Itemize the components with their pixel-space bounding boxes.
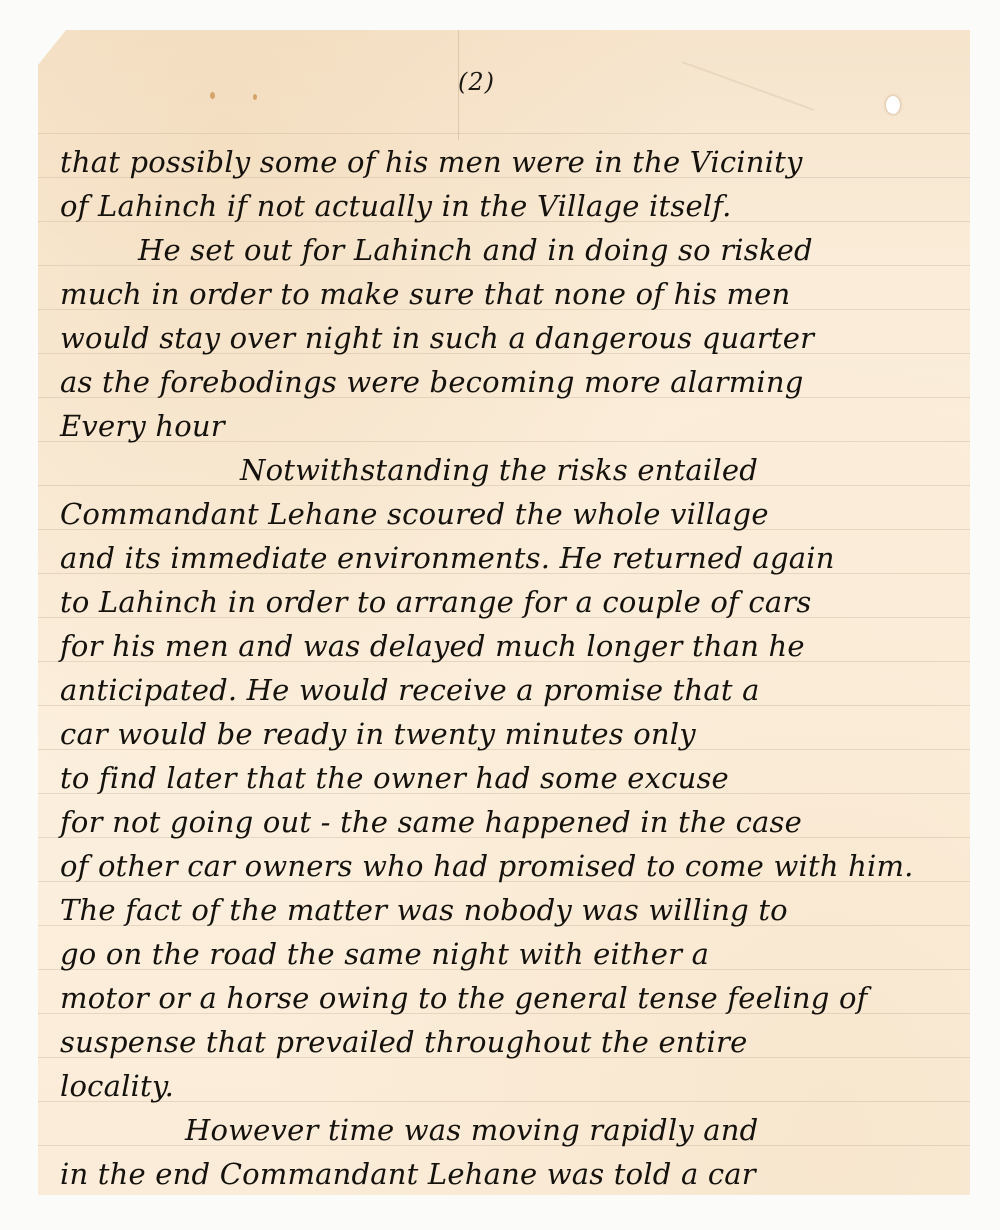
- text-line: Notwithstanding the risks entailed: [60, 448, 960, 492]
- text-line: to find later that the owner had some ex…: [60, 756, 960, 800]
- text-line: go on the road the same night with eithe…: [60, 932, 960, 976]
- text-line: for his men and was delayed much longer …: [60, 624, 960, 668]
- text-line: to Lahinch in order to arrange for a cou…: [60, 580, 960, 624]
- rust-stain: [210, 92, 215, 99]
- handwritten-text: that possibly some of his men were in th…: [60, 140, 960, 1196]
- text-line: for not going out - the same happened in…: [60, 800, 960, 844]
- text-line: He set out for Lahinch and in doing so r…: [60, 228, 960, 272]
- text-line: locality.: [60, 1064, 960, 1108]
- text-line: as the forebodings were becoming more al…: [60, 360, 960, 404]
- rust-stain: [253, 94, 257, 100]
- text-line: Every hour: [60, 404, 960, 448]
- text-line: of other car owners who had promised to …: [60, 844, 960, 888]
- text-line: that possibly some of his men were in th…: [60, 140, 960, 184]
- text-line: of Lahinch if not actually in the Villag…: [60, 184, 960, 228]
- text-line: and its immediate environments. He retur…: [60, 536, 960, 580]
- text-line: suspense that prevailed throughout the e…: [60, 1020, 960, 1064]
- text-line: car would be ready in twenty minutes onl…: [60, 712, 960, 756]
- page-number: (2): [458, 68, 495, 96]
- text-line: would stay over night in such a dangerou…: [60, 316, 960, 360]
- paper-crease: [682, 61, 814, 111]
- punch-hole: [886, 96, 900, 114]
- text-line: anticipated. He would receive a promise …: [60, 668, 960, 712]
- text-line: Commandant Lehane scoured the whole vill…: [60, 492, 960, 536]
- text-line: The fact of the matter was nobody was wi…: [60, 888, 960, 932]
- text-line: motor or a horse owing to the general te…: [60, 976, 960, 1020]
- text-line: in the end Commandant Lehane was told a …: [60, 1152, 960, 1196]
- manuscript-page: (2) that possibly some of his men were i…: [38, 30, 970, 1195]
- text-line: However time was moving rapidly and: [60, 1108, 960, 1152]
- text-line: much in order to make sure that none of …: [60, 272, 960, 316]
